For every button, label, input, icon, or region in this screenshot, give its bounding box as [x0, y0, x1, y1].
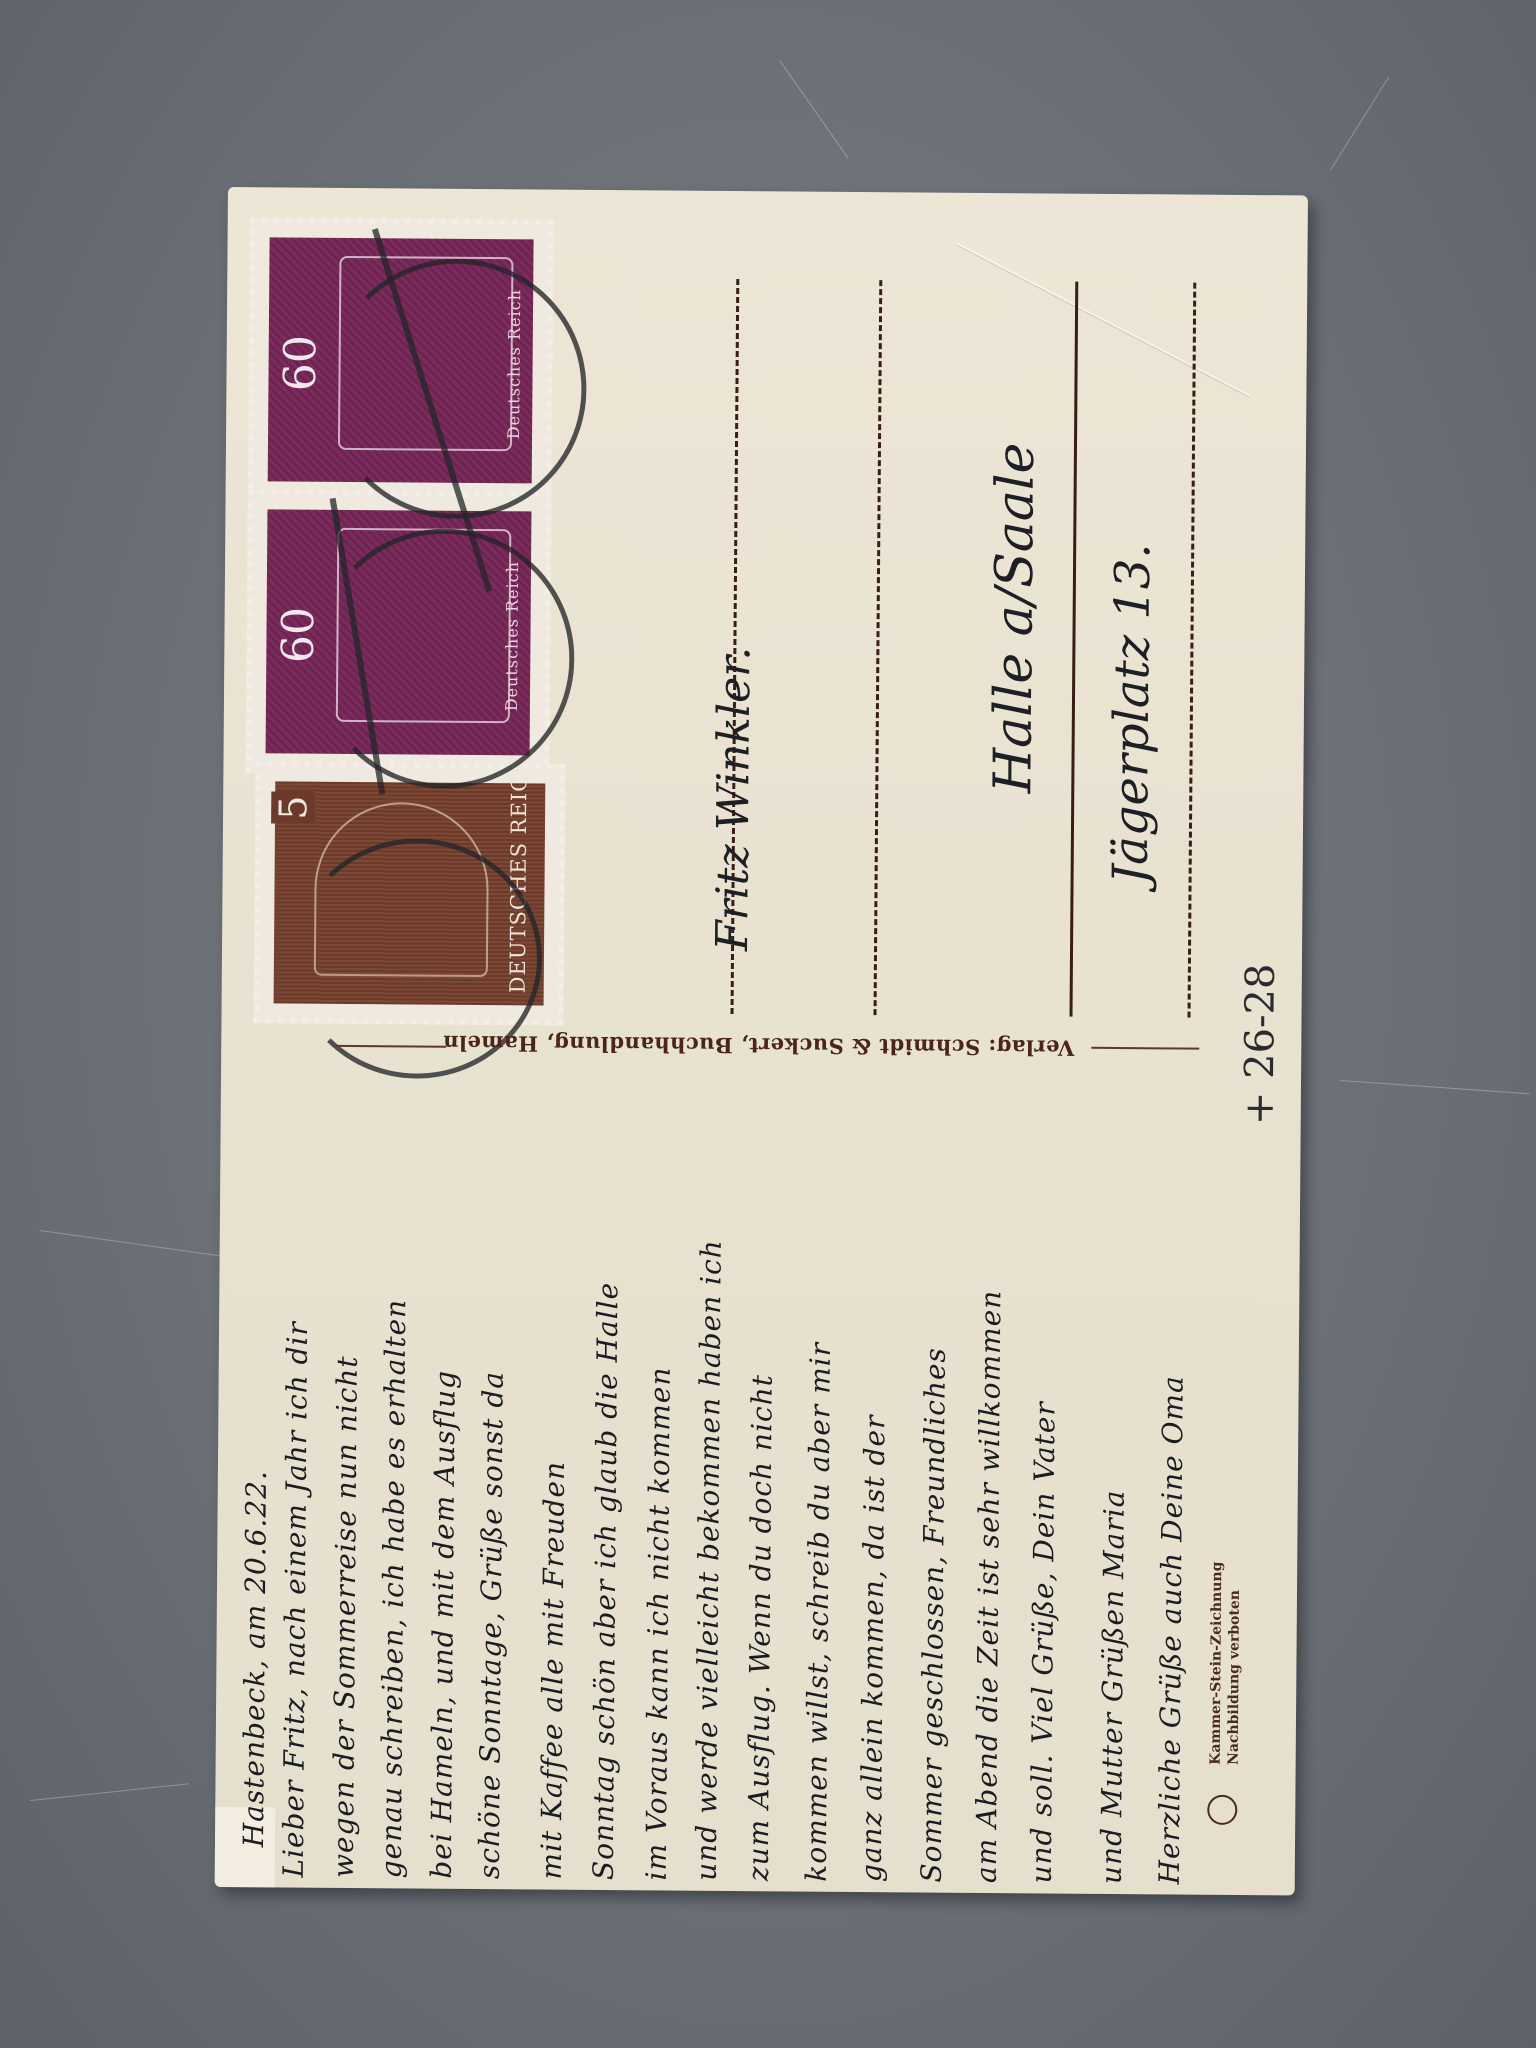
message-line: mit Kaffee alle mit Freuden [535, 1461, 571, 1880]
message-line: ganz allein kommen, da ist der [855, 1414, 892, 1882]
message-line: Lieber Fritz, nach einem Jahr ich dir [277, 1321, 314, 1878]
divider-rule-right [1091, 1047, 1199, 1050]
address-line-4 [1188, 283, 1197, 1018]
printer-imprint-line2: Nachbildung verboten [1226, 1590, 1243, 1765]
message-line: und soll. Viel Grüße, Dein Vater [1025, 1401, 1062, 1884]
message-line: und Mutter Grüßen Maria [1095, 1490, 1131, 1885]
publisher-imprint: Verlag: Schmidt & Suckert, Buchhandlung,… [489, 1031, 1074, 1061]
message-line: Sonntag schön aber ich glaub die Halle [587, 1282, 625, 1880]
postmark-circle [313, 528, 575, 790]
surface-scratch [1330, 77, 1389, 171]
printer-sun-logo-icon [1207, 1795, 1237, 1825]
surface-scratch [779, 60, 849, 159]
address-street: Jägerplatz 13. [1103, 543, 1162, 884]
message-line: schöne Sonntage, Grüße sonst da [473, 1371, 510, 1879]
message-line: bei Hameln, und mit dem Ausflug [425, 1370, 462, 1879]
message-line: Sommer geschlossen, Freundliches [915, 1347, 952, 1883]
stamp-value: 60 [275, 335, 326, 391]
message-line: und werde vielleicht bekommen haben ich [690, 1239, 728, 1881]
message-line: kommen willst, schreib du aber mir [800, 1342, 837, 1882]
message-line: genau schreiben, ich habe es erhalten [375, 1299, 413, 1879]
postcard: 60 Deutsches Reich 60 Deutsches Reich 5 … [215, 187, 1308, 1895]
surface-scratch [1340, 1080, 1530, 1094]
address-city: Halle a/Saale [983, 442, 1046, 793]
address-line-3 [1070, 282, 1079, 1017]
message-line: wegen der Sommerreise nun nicht [327, 1355, 364, 1878]
message-line: Herzliche Grüße auch Deine Oma [1153, 1375, 1190, 1884]
surface-scratch [40, 1230, 248, 1260]
printer-imprint-line1: Kammer-Stein-Zeichnung [1208, 1562, 1226, 1765]
stamp-value: 5 [271, 791, 315, 824]
card-crease [957, 243, 1251, 397]
message-line: zum Ausflug. Wenn du doch nicht [742, 1374, 779, 1881]
message-line: am Abend die Zeit ist sehr willkommen [970, 1290, 1008, 1884]
surface-scratch [30, 1783, 189, 1801]
pencil-annotation: + 26-28 [1237, 963, 1284, 1125]
message-date-line: Hastenbeck, am 20.6.22. [237, 1470, 273, 1847]
message-line: im Voraus kann ich nicht kommen [640, 1366, 677, 1880]
address-line-2 [874, 280, 883, 1015]
address-recipient: Fritz Winkler. [707, 646, 760, 951]
